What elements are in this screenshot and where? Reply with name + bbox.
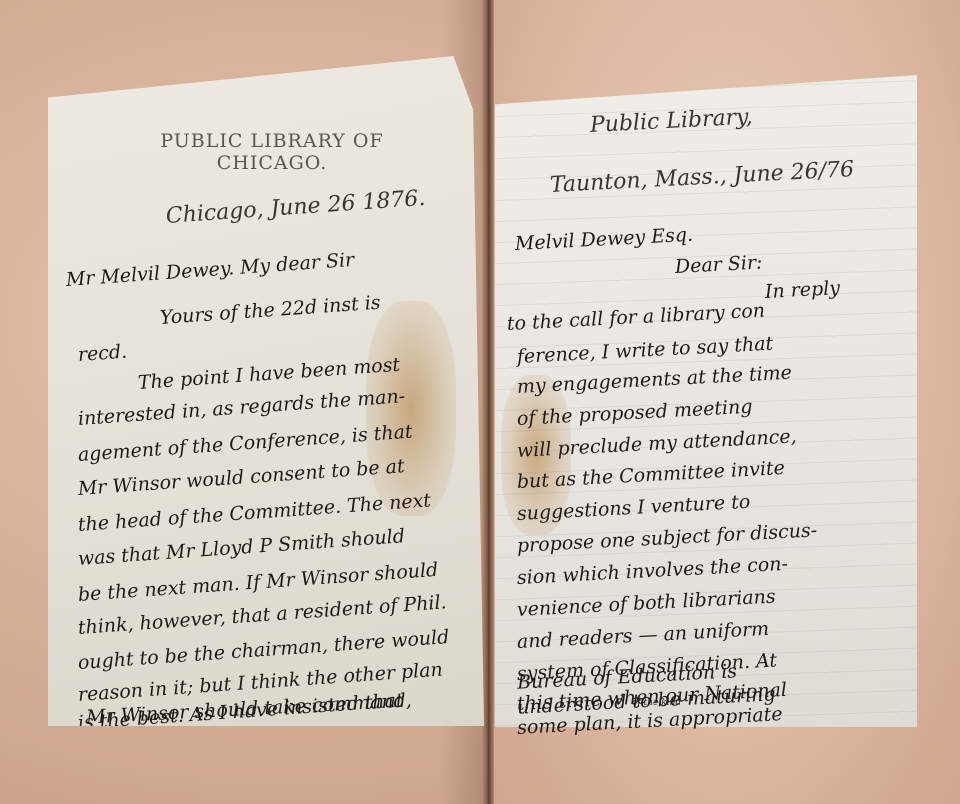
letter-line: Mr Winsor would consent to be at [77, 457, 405, 499]
letter-line: interested in, as regards the man- [77, 387, 405, 429]
interlinear-insertion: of the kind [632, 698, 681, 708]
letter-line: Yours of the 22d inst is [159, 294, 381, 328]
album-gutter [482, 0, 494, 804]
letter-line: was that Mr Lloyd P Smith should [77, 527, 405, 569]
letter-line: In reply [765, 279, 841, 302]
letterhead: PUBLIC LIBRARY OF CHICAGO. [112, 130, 432, 174]
letter-taunton: Public Library, Taunton, Mass., June 26/… [495, 75, 917, 727]
letter-chicago: PUBLIC LIBRARY OF CHICAGO. Chicago, June… [48, 56, 484, 726]
dateline: Chicago, June 26 1876. [165, 188, 426, 228]
letter-line: recd. [77, 343, 127, 365]
letter-line: Mr Melvil Dewey. My dear Sir [65, 251, 354, 290]
salutation: Dear Sir: [675, 253, 763, 277]
